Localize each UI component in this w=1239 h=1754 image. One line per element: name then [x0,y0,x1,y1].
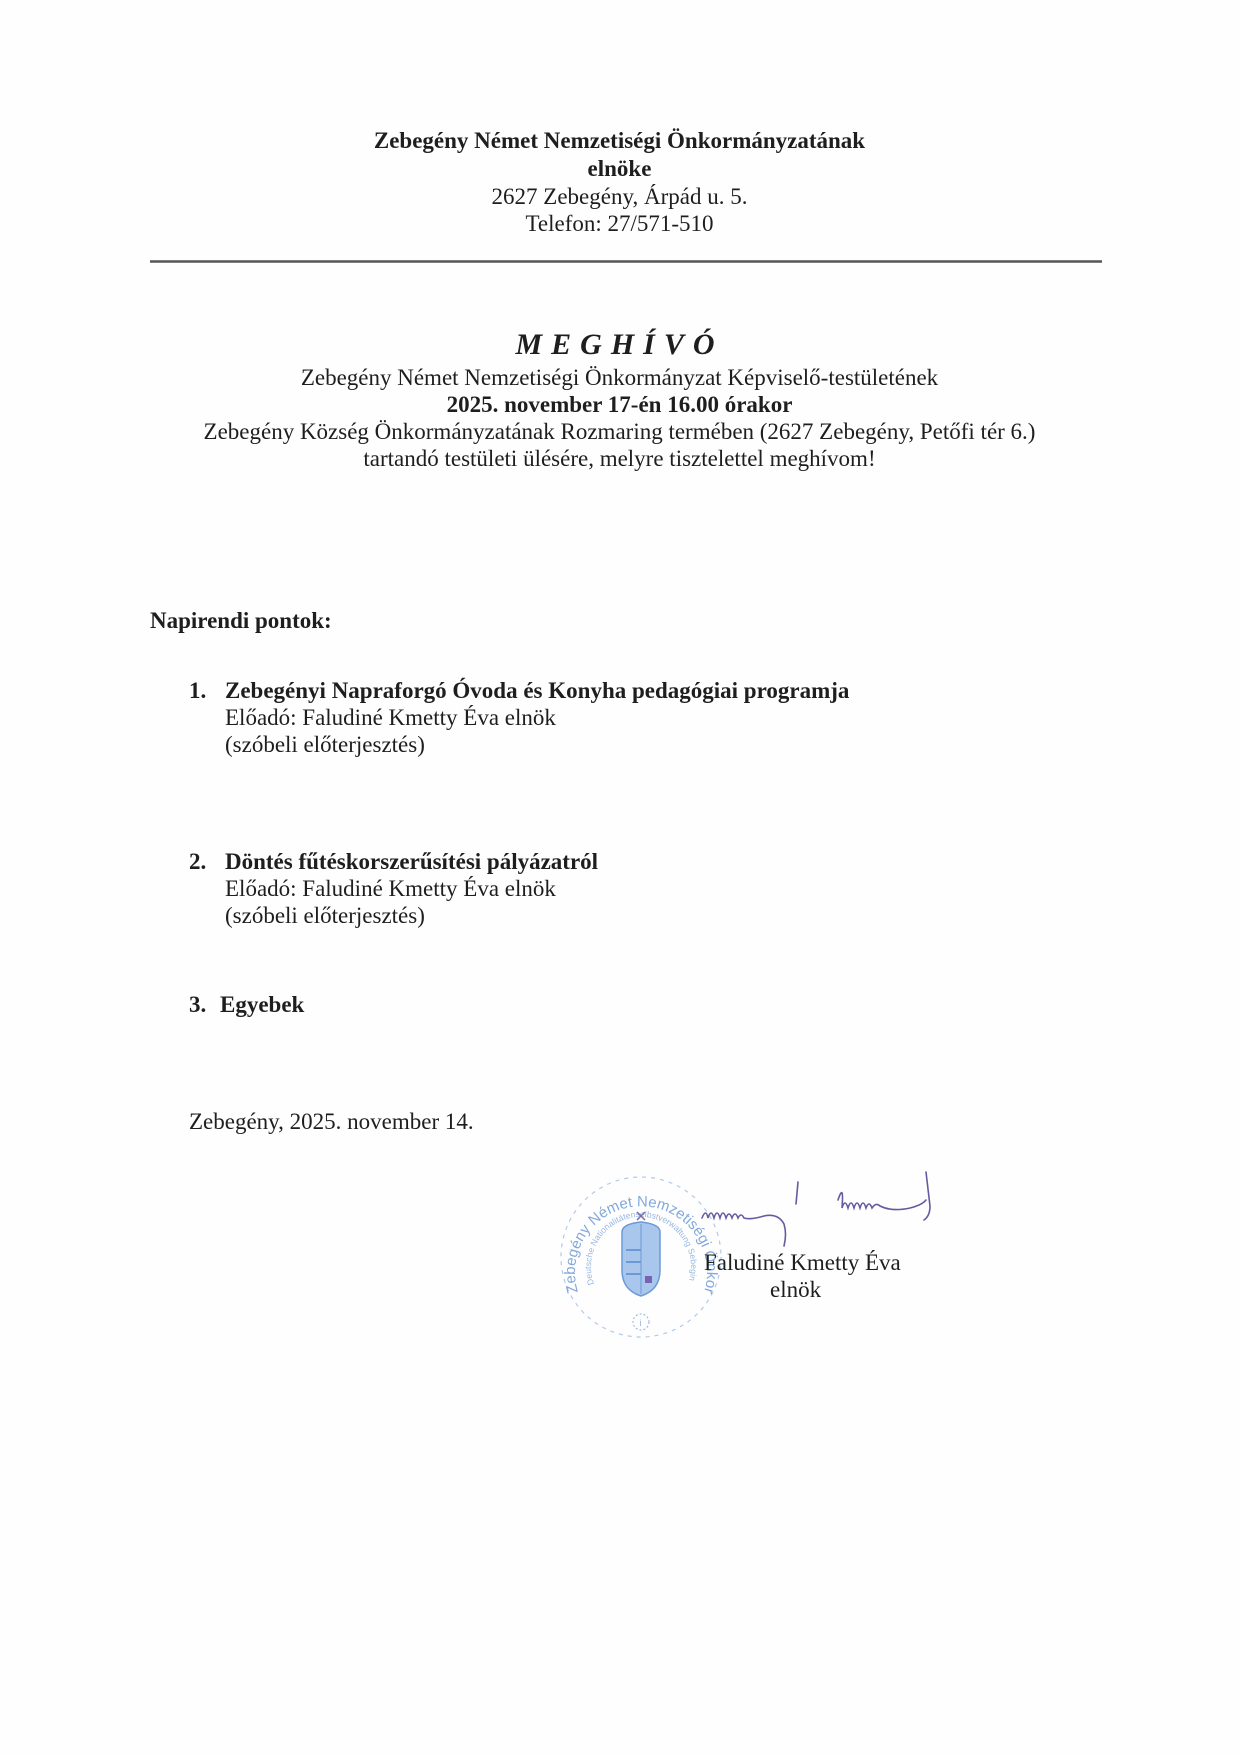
invitation-title: MEGHÍVÓ [0,328,1239,362]
letterhead-divider [150,260,1102,263]
agenda-item-number: 3. [189,992,206,1018]
letterhead-role: elnöke [0,156,1239,182]
letterhead-address: 2627 Zebegény, Árpád u. 5. [0,184,1239,210]
agenda-item-title: Zebegényi Napraforgó Óvoda és Konyha ped… [225,678,849,704]
invitation-closing: tartandó testületi ülésére, melyre tiszt… [0,446,1239,472]
agenda-item-title: Egyebek [220,992,304,1018]
place-date: Zebegény, 2025. november 14. [189,1109,474,1135]
document-page: Zebegény Német Nemzetiségi Önkormányzatá… [0,0,1239,1754]
svg-text:i: i [640,1318,642,1328]
agenda-item-title: Döntés fűtéskorszerűsítési pályázatról [225,849,598,875]
agenda-item-presenter: Előadó: Faludiné Kmetty Éva elnök [225,705,556,731]
signature-icon [700,1170,960,1260]
agenda-item-number: 2. [189,849,206,875]
invitation-location: Zebegény Község Önkormányzatának Rozmari… [0,419,1239,445]
agenda-item-note: (szóbeli előterjesztés) [225,903,425,929]
agenda-item-presenter: Előadó: Faludiné Kmetty Éva elnök [225,876,556,902]
agenda-item-number: 1. [189,678,206,704]
agenda-heading: Napirendi pontok: [150,608,332,634]
letterhead-organization: Zebegény Német Nemzetiségi Önkormányzatá… [0,128,1239,154]
signatory-title: elnök [770,1277,821,1303]
agenda-item-note: (szóbeli előterjesztés) [225,732,425,758]
letterhead-phone: Telefon: 27/571-510 [0,211,1239,237]
invitation-addressee: Zebegény Német Nemzetiségi Önkormányzat … [0,365,1239,391]
invitation-datetime: 2025. november 17-én 16.00 órakor [0,392,1239,418]
signatory-name: Faludiné Kmetty Éva [704,1250,901,1276]
